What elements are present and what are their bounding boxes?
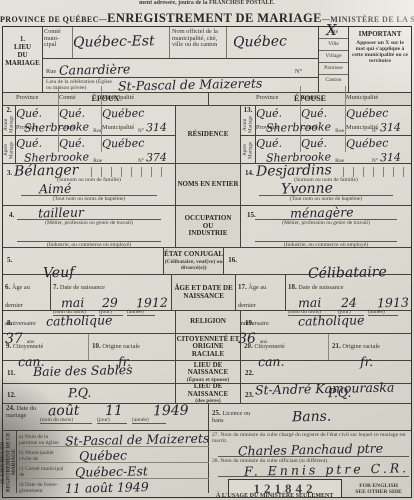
residence-block: 2. Avant Mariage Province Qué. Comté Qué…: [3, 106, 411, 164]
enregistrement-paroisse: St-Pascal de Maizerets: [65, 432, 210, 447]
mariage-annee: 1949: [153, 405, 189, 418]
ministre-officiant-value: F. Ennis ptre C.R.: [244, 462, 409, 477]
epouse-metier: ménagère: [290, 206, 354, 219]
title-left: PROVINCE DE QUÉBEC—: [0, 15, 107, 24]
etat-center-label: ÉTAT CONJUGAL (Célibataire, veuf(ve) ou …: [163, 248, 224, 274]
comte-municipal-label: Comté muni- cipal: [43, 27, 73, 58]
surname-comb: [334, 167, 407, 177]
epoux-avant-mariage-label: 2. Avant Mariage: [3, 106, 16, 135]
epoux-lieu-naissance: Baie des Sables: [33, 364, 133, 378]
nom-officiel-label: Nom officiel de la municipalité, cité, v…: [169, 27, 227, 58]
epoux-given-name: Aimé: [39, 183, 72, 196]
type-x-mark: X: [326, 24, 337, 36]
postal-franchise-note: ment adressée, jouira de la FRANCHISE PO…: [0, 0, 414, 9]
epouse-origine: fr.: [360, 356, 373, 368]
epoux-avant-no: 314: [146, 122, 167, 134]
epouse-avant-mariage-label: 13. Avant Mariage: [241, 106, 256, 135]
bottom-block: 26. LIEU DE L'EN-REGISTREMENT DE CE MARI…: [3, 431, 411, 493]
epouse-age: 36: [238, 333, 256, 345]
religion-center-label: RELIGION: [175, 311, 241, 333]
epouse-avant-municipalite: Québec: [346, 108, 389, 121]
epouse-given-name: Yvonne: [281, 182, 333, 195]
naissance-peres-block: 12. P.Q. LIEU DE NAISSANCE (des pères) 2…: [3, 384, 411, 404]
epoux-avant-province: Qué.: [16, 108, 42, 121]
enregistrement-date: 11 août 1949: [65, 481, 149, 495]
epouse-apres-municipalite: Québec: [346, 138, 389, 151]
celebration-value: St-Pascal de Maizerets: [118, 77, 263, 92]
epouse-apres-no: 314: [380, 152, 401, 164]
type-option-village: Village: [319, 51, 348, 63]
epouse-surname: Desjardins: [256, 164, 332, 178]
epouse-avant-province: Qué.: [256, 108, 282, 121]
numero-label: N°: [295, 69, 318, 78]
etat-conjugal-block: 5. Veuf ÉTAT CONJUGAL (Célibataire, veuf…: [3, 248, 411, 275]
epouse-lieu-naissance-pere: P.Q.: [328, 387, 352, 399]
epouse-religion: catholique: [298, 314, 365, 327]
occupation-center-label: OCCUPATION OU INDUSTRIE: [175, 206, 241, 247]
epoux-apres-province: Qué.: [16, 138, 42, 151]
type-option-paroisse: Paroisse: [319, 63, 348, 75]
religion-block: 8. catholique RELIGION 19. catholique: [3, 311, 411, 334]
enregistrement-comte: Québec-Est: [75, 465, 148, 479]
ministre-registre-value: Charles Panchaud ptre: [238, 442, 383, 457]
epoux-apres-no: 374: [146, 152, 167, 164]
mariage-mois: août: [48, 405, 80, 418]
comte-municipal-field: Québec-Est: [73, 27, 169, 58]
section1-label: 1. LIEU DU MARIAGE: [3, 27, 43, 92]
for-english-note: FOR ENGLISH SEE OTHER SIDE: [342, 483, 414, 495]
important-box: IMPORTANT Apposer un X sur le mot qui s'…: [349, 27, 411, 92]
occupation-block: 4.tailleur (Métier, profession ou genre …: [3, 206, 411, 248]
citoyennete-center-label: CITOYENNETÉ ET ORIGINE RACIALE: [175, 334, 241, 360]
enregistrement-municipalite: Québec: [79, 449, 127, 462]
epoux-metier: tailleur: [38, 207, 84, 220]
epouse-apres-comte: Qué.: [301, 138, 327, 151]
marriage-registration-form: ment adressée, jouira de la FRANCHISE PO…: [0, 0, 414, 500]
epoux-religion: catholique: [46, 314, 113, 327]
rue-value: Canardière: [59, 63, 131, 76]
usage-ministere-note: À L'USAGE DU MINISTÈRE SEULEMENT: [216, 493, 333, 499]
form-title: PROVINCE DE QUÉBEC—ENREGISTREMENT DE MAR…: [0, 9, 414, 24]
title-main: ENREGISTREMENT DE MARIAGE: [107, 11, 322, 25]
epoux-age: 37: [5, 333, 23, 345]
epoux-dob-jour: 29: [102, 297, 118, 309]
epouse-citoyennete: can.: [258, 356, 285, 369]
form-frame: 1. LIEU DU MARIAGE Comté muni- cipal Qué…: [2, 26, 412, 498]
type-option-ville: Ville: [319, 39, 348, 51]
municipality-type-box: Cité Ville Village Paroisse Canton X: [319, 27, 349, 92]
epouse-dob-jour: 24: [341, 297, 357, 309]
epoux-surname: Bélanger: [14, 164, 79, 177]
age-center-label: ÂGE ET DATE DE NAISSANCE: [171, 275, 236, 310]
epoux-avant-municipalite: Québec: [102, 108, 145, 121]
epouse-apres-province: Qué.: [256, 138, 282, 151]
epoux-etat-conjugal: Veuf: [43, 267, 75, 280]
epouse-dob-annee: 1913: [377, 297, 409, 310]
naissance-peres-center-label: LIEU DE NAISSANCE (des pères): [175, 384, 241, 403]
residence-center-label: RÉSIDENCE: [175, 106, 241, 163]
epoux-avant-comte: Qué.: [59, 108, 85, 121]
epoux-apres-mariage-label: Après Mariage: [3, 136, 16, 164]
mariage-jour: 11: [105, 405, 123, 417]
epoux-dob-mois: mai: [61, 297, 85, 309]
epouse-avant-comte: Qué.: [301, 108, 327, 121]
noms-block: 3. Bélanger (Surnom ou nom de famille) A…: [3, 164, 411, 206]
epouse-lieu-naissance: St-André Kamouraska: [255, 382, 395, 397]
type-option-canton: Canton: [319, 75, 348, 86]
naissance-block: 11. Baie des Sables LIEU DE NAISSANCE (É…: [3, 361, 411, 384]
important-text: Apposer un X sur le mot qui s'applique à…: [351, 40, 409, 64]
epouse-etat-conjugal: Célibataire: [308, 266, 387, 280]
epouse-avant-rue: Sherbrooke: [266, 121, 331, 134]
epoux-avant-rue: Sherbrooke: [24, 121, 89, 134]
epouse-apres-mariage-label: Après Mariage: [241, 136, 256, 164]
important-title: IMPORTANT: [351, 30, 409, 38]
enregistrement-vertical-label: 26. LIEU DE L'EN-REGISTREMENT DE CE MARI…: [3, 431, 17, 493]
epoux-dob-annee: 1912: [136, 297, 168, 310]
rue-label: Rue: [43, 69, 59, 78]
surname-comb: [82, 167, 171, 177]
licence-ou-bans: Bans.: [292, 411, 332, 424]
epouse-avant-no: 314: [380, 122, 401, 134]
nom-officiel-field: Québec: [227, 27, 318, 58]
epoux-lieu-naissance-pere: P.Q.: [68, 387, 92, 399]
epouse-age-cell: 17. Âge au dernier anniversaire 36 ans: [236, 275, 286, 310]
noms-center-label: NOMS EN ENTIER: [175, 164, 241, 205]
citoyennete-block: 9. Citoyenneté can. 10. Origine raciale …: [3, 334, 411, 361]
naissance-center-label: LIEU DE NAISSANCE (Époux et épouse): [175, 361, 241, 383]
epoux-apres-municipalite: Québec: [102, 138, 145, 151]
epouse-dob-mois: mai: [298, 297, 322, 309]
epoux-apres-comte: Qué.: [59, 138, 85, 151]
date-mariage-block: 24. Date du mariage août 11 1949 (nom du…: [3, 404, 411, 431]
section-lieu-du-mariage: 1. LIEU DU MARIAGE Comté muni- cipal Qué…: [3, 27, 411, 93]
